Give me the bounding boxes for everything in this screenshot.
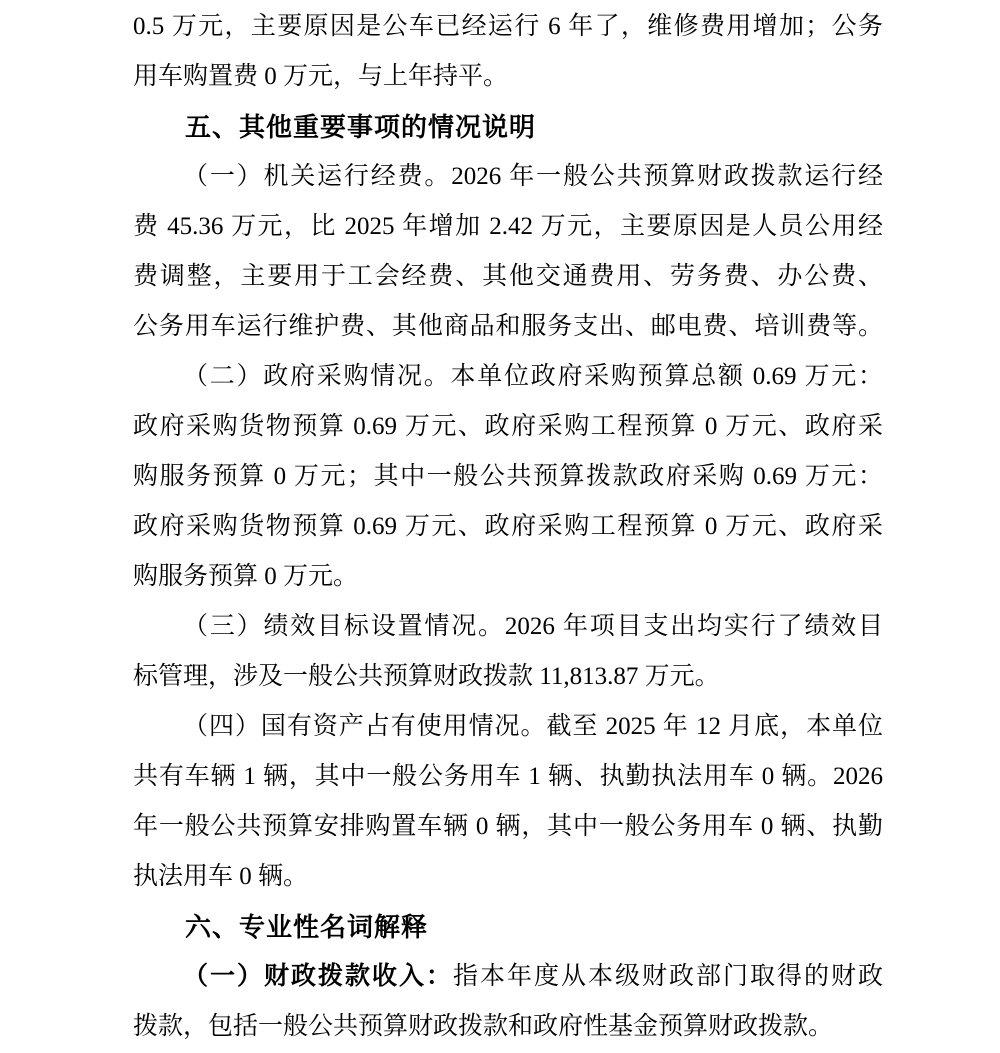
body-text-line: 公务用车运行维护费、其他商品和服务支出、邮电费、培训费等。 bbox=[133, 302, 883, 352]
line-text: 指本年度从本级财政部门取得的财政 bbox=[453, 963, 883, 990]
body-text-line: （三）绩效目标设置情况。2026 年项目支出均实行了绩效目 bbox=[133, 602, 883, 652]
body-text-line: 费 45.36 万元，比 2025 年增加 2.42 万元，主要原因是人员公用经 bbox=[133, 202, 883, 252]
body-text-line: （一）机关运行经费。2026 年一般公共预算财政拨款运行经 bbox=[133, 152, 883, 202]
body-text-line: 政府采购货物预算 0.69 万元、政府采购工程预算 0 万元、政府采 bbox=[133, 402, 883, 452]
body-text-line: 购服务预算 0 万元；其中一般公共预算拨款政府采购 0.69 万元： bbox=[133, 452, 883, 502]
body-text-line: 0.5 万元，主要原因是公车已经运行 6 年了，维修费用增加；公务 bbox=[133, 2, 883, 52]
term-label: （一）财政拨款收入： bbox=[183, 963, 453, 990]
section-heading: 六、专业性名词解释 bbox=[133, 902, 883, 952]
body-text-line: 标管理，涉及一般公共预算财政拨款 11,813.87 万元。 bbox=[133, 652, 883, 702]
document-text: 0.5 万元，主要原因是公车已经运行 6 年了，维修费用增加；公务用车购置费 0… bbox=[133, 2, 883, 1052]
document-page: 0.5 万元，主要原因是公车已经运行 6 年了，维修费用增加；公务用车购置费 0… bbox=[0, 0, 1000, 1053]
body-text-line: 购服务预算 0 万元。 bbox=[133, 552, 883, 602]
body-text-line: 执法用车 0 辆。 bbox=[133, 852, 883, 902]
body-text-line: （四）国有资产占有使用情况。截至 2025 年 12 月底，本单位 bbox=[133, 702, 883, 752]
section-heading: 五、其他重要事项的情况说明 bbox=[133, 102, 883, 152]
body-text-line: 用车购置费 0 万元，与上年持平。 bbox=[133, 52, 883, 102]
body-text-line: （二）政府采购情况。本单位政府采购预算总额 0.69 万元： bbox=[133, 352, 883, 402]
body-text-line: 拨款，包括一般公共预算财政拨款和政府性基金预算财政拨款。 bbox=[133, 1002, 883, 1052]
body-text-line: 共有车辆 1 辆，其中一般公务用车 1 辆、执勤执法用车 0 辆。2026 bbox=[133, 752, 883, 802]
body-text-line: 费调整，主要用于工会经费、其他交通费用、劳务费、办公费、 bbox=[133, 252, 883, 302]
body-text-line: 年一般公共预算安排购置车辆 0 辆，其中一般公务用车 0 辆、执勤 bbox=[133, 802, 883, 852]
body-text-line: （一）财政拨款收入：指本年度从本级财政部门取得的财政 bbox=[133, 952, 883, 1002]
body-text-line: 政府采购货物预算 0.69 万元、政府采购工程预算 0 万元、政府采 bbox=[133, 502, 883, 552]
